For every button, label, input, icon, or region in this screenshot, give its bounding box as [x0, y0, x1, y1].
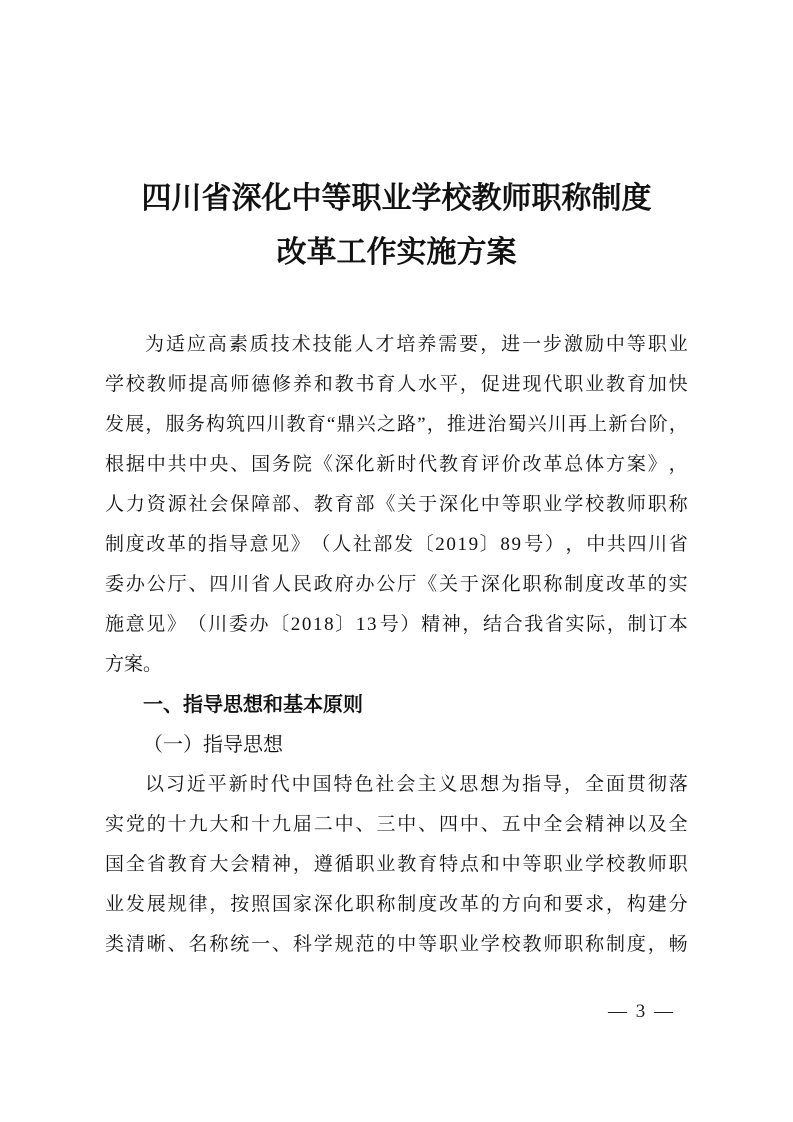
document-body: 为适应高素质技术技能人才培养需要，进一步激励中等职业 学校教师提高师德修养和教书… — [105, 325, 688, 965]
paragraph-line: 发展，服务构筑四川教育“鼎兴之路”，推进治蜀兴川再上新台阶， — [105, 405, 688, 445]
paragraph-line: 委办公厅、四川省人民政府办公厅《关于深化职称制度改革的实 — [105, 565, 688, 605]
paragraph-line: 为适应高素质技术技能人才培养需要，进一步激励中等职业 — [105, 325, 688, 365]
document-title: 四川省深化中等职业学校教师职称制度 改革工作实施方案 — [105, 172, 688, 280]
paragraph-line: 业发展规律，按照国家深化职称制度改革的方向和要求，构建分 — [105, 885, 688, 925]
paragraph-line: 根据中共中央、国务院《深化新时代教育评价改革总体方案》， — [105, 445, 688, 485]
paragraph-line: 国全省教育大会精神，遵循职业教育特点和中等职业学校教师职 — [105, 845, 688, 885]
paragraph-line: 学校教师提高师德修养和教书育人水平，促进现代职业教育加快 — [105, 365, 688, 405]
paragraph-line: 制度改革的指导意见》（人社部发〔2019〕89 号），中共四川省 — [105, 525, 688, 565]
paragraph-line: 以习近平新时代中国特色社会主义思想为指导，全面贯彻落 — [105, 765, 688, 805]
paragraph-line: 方案。 — [105, 645, 688, 685]
subsection-heading: （一）指导思想 — [105, 725, 688, 765]
paragraph-line: 人力资源社会保障部、教育部《关于深化中等职业学校教师职称 — [105, 485, 688, 525]
document-title-line1: 四川省深化中等职业学校教师职称制度 — [105, 172, 688, 226]
document-title-line2: 改革工作实施方案 — [105, 226, 688, 280]
paragraph-line: 类清晰、名称统一、科学规范的中等职业学校教师职称制度，畅 — [105, 925, 688, 965]
page-number: — 3 — — [608, 998, 675, 1026]
section-heading: 一、指导思想和基本原则 — [105, 685, 688, 725]
paragraph-line: 施意见》（川委办〔2018〕13 号）精神，结合我省实际，制订本 — [105, 605, 688, 645]
document-page: 四川省深化中等职业学校教师职称制度 改革工作实施方案 为适应高素质技术技能人才培… — [0, 0, 793, 1122]
paragraph-line: 实党的十九大和十九届二中、三中、四中、五中全会精神以及全 — [105, 805, 688, 845]
